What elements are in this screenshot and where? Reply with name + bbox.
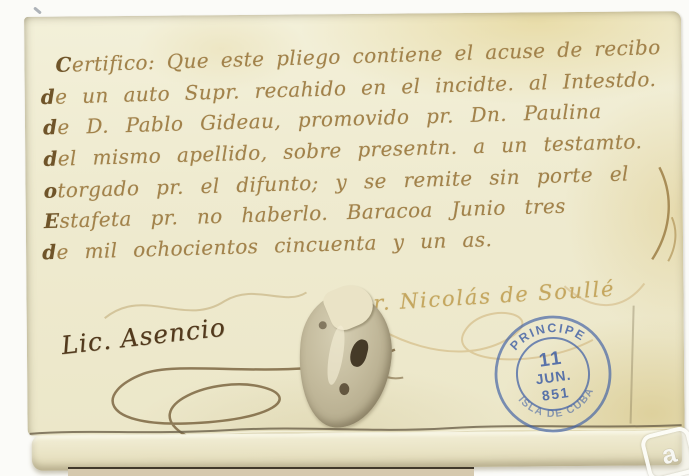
scanned-letter-photo: Certifico: Que este pliego contiene el a…	[0, 0, 689, 476]
postmark-stamp: PRINCIPE ISLA DE CUBA 11 JUN. 851	[483, 304, 623, 444]
seal-dark-spot	[319, 321, 327, 329]
torn-wax-seal-remnant	[298, 293, 391, 429]
seal-dark-spot	[339, 383, 349, 395]
watermark-letter: a	[659, 440, 679, 469]
postmark-year: 851	[541, 384, 571, 404]
adjacent-scan-edge	[68, 467, 474, 476]
folded-flap-edge	[32, 430, 682, 471]
